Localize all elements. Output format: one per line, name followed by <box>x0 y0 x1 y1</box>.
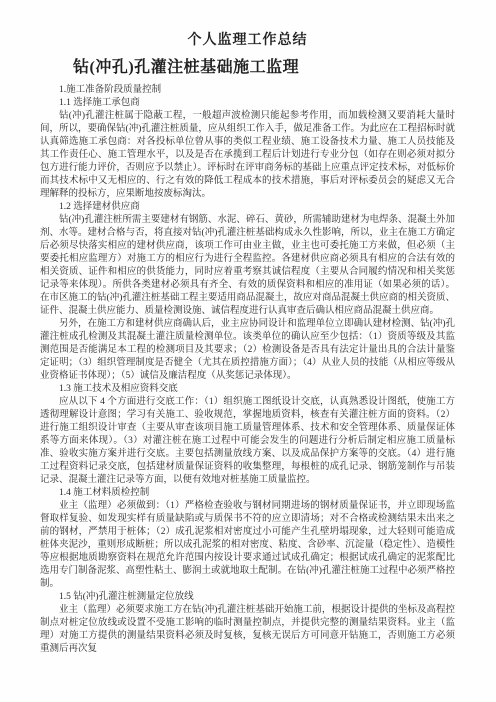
section-heading-1-4: 1.4 施工材料质检控制 <box>40 487 455 500</box>
para-technical-disclosure: 应从以下 4 个方面进行交底工作：（1）组织施工图纸设计交底，认真熟悉设计图纸，… <box>40 396 455 487</box>
para-material-supplier: 钻(冲)孔灌注桩所需主要建材有钢筋、水泥、碎石、黄砂，所需辅助建材为电焊条、混凝… <box>40 214 455 318</box>
doc-body: 1.施工准备阶段质量控制 1.1 选择施工承包商 钻(冲)孔灌注桩属于隐蔽工程，… <box>40 84 455 656</box>
section-heading-1-5: 1.5 钻(冲)孔灌注桩测量定位放线 <box>40 591 455 604</box>
para-contractor-selection: 钻(冲)孔灌注桩属于隐蔽工程，一般超声波检测只能起参考作用，而加载检测又要消耗大… <box>40 110 455 201</box>
document-page: 个人监理工作总结 钻(冲孔)孔灌注桩基础施工监理 1.施工准备阶段质量控制 1.… <box>0 0 496 702</box>
section-heading-1: 1.施工准备阶段质量控制 <box>40 84 455 97</box>
para-material-inspection: 业主（监理）必须做到：（1）严格检查验收与钢材同期进场的钢材质量保证书，并立即现… <box>40 500 455 591</box>
doc-title: 个人监理工作总结 <box>40 33 455 49</box>
doc-subtitle: 钻(冲孔)孔灌注桩基础施工监理 <box>73 59 455 77</box>
para-testing-units: 另外，在施工方和建材供应商确认后，业主应协同设计和监理单位立即确认建材检测、钻(… <box>40 318 455 383</box>
para-survey-layout: 业主（监理）必须要求施工方在钻(冲)孔灌注桩基础开始施工前，根据设计提供的坐标及… <box>40 604 455 656</box>
section-heading-1-2: 1.2 选择建材供应商 <box>40 201 455 214</box>
section-heading-1-1: 1.1 选择施工承包商 <box>40 97 455 110</box>
section-heading-1-3: 1.3 施工技术及相应资料交底 <box>40 383 455 396</box>
